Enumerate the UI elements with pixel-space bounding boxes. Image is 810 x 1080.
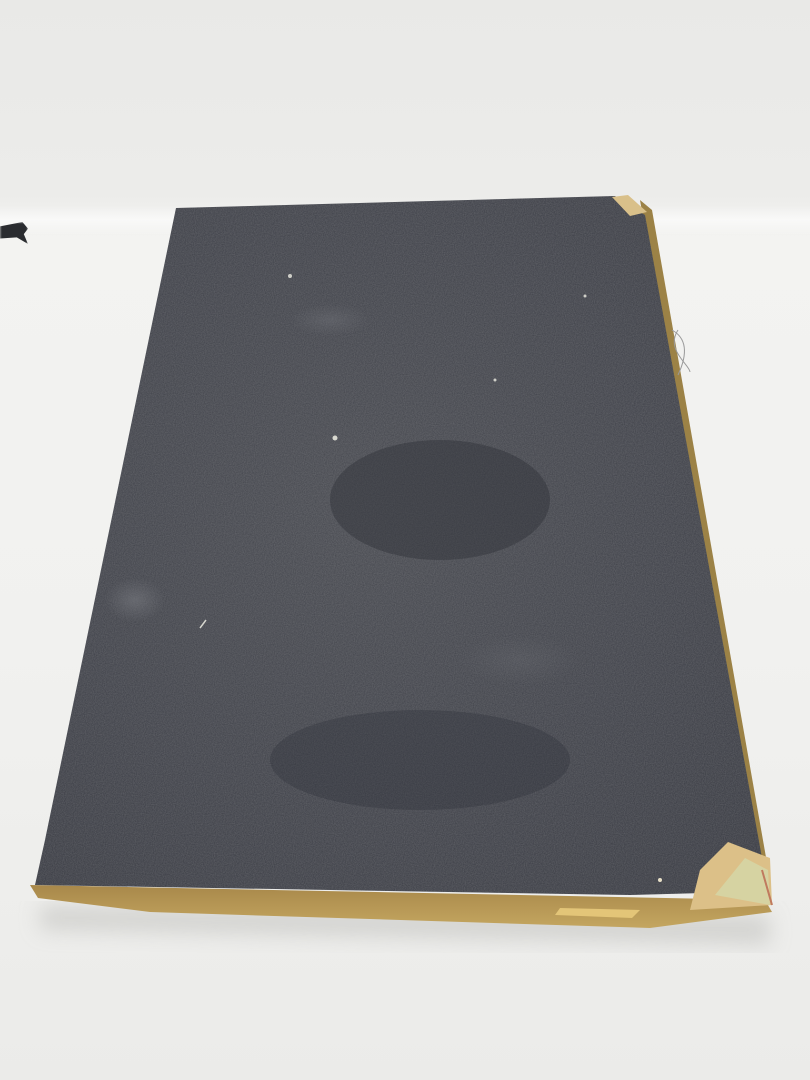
scuff-mark <box>290 304 370 336</box>
fleck <box>658 878 662 882</box>
fleck <box>494 379 497 382</box>
fleck <box>333 436 338 441</box>
fleck <box>584 295 587 298</box>
photo-scene <box>0 0 810 1080</box>
scuff-mark <box>105 578 165 622</box>
scuff-mark <box>460 635 580 685</box>
fleck <box>288 274 292 278</box>
dark-patch <box>330 440 550 560</box>
book <box>0 0 810 1080</box>
dark-patch <box>270 710 570 810</box>
